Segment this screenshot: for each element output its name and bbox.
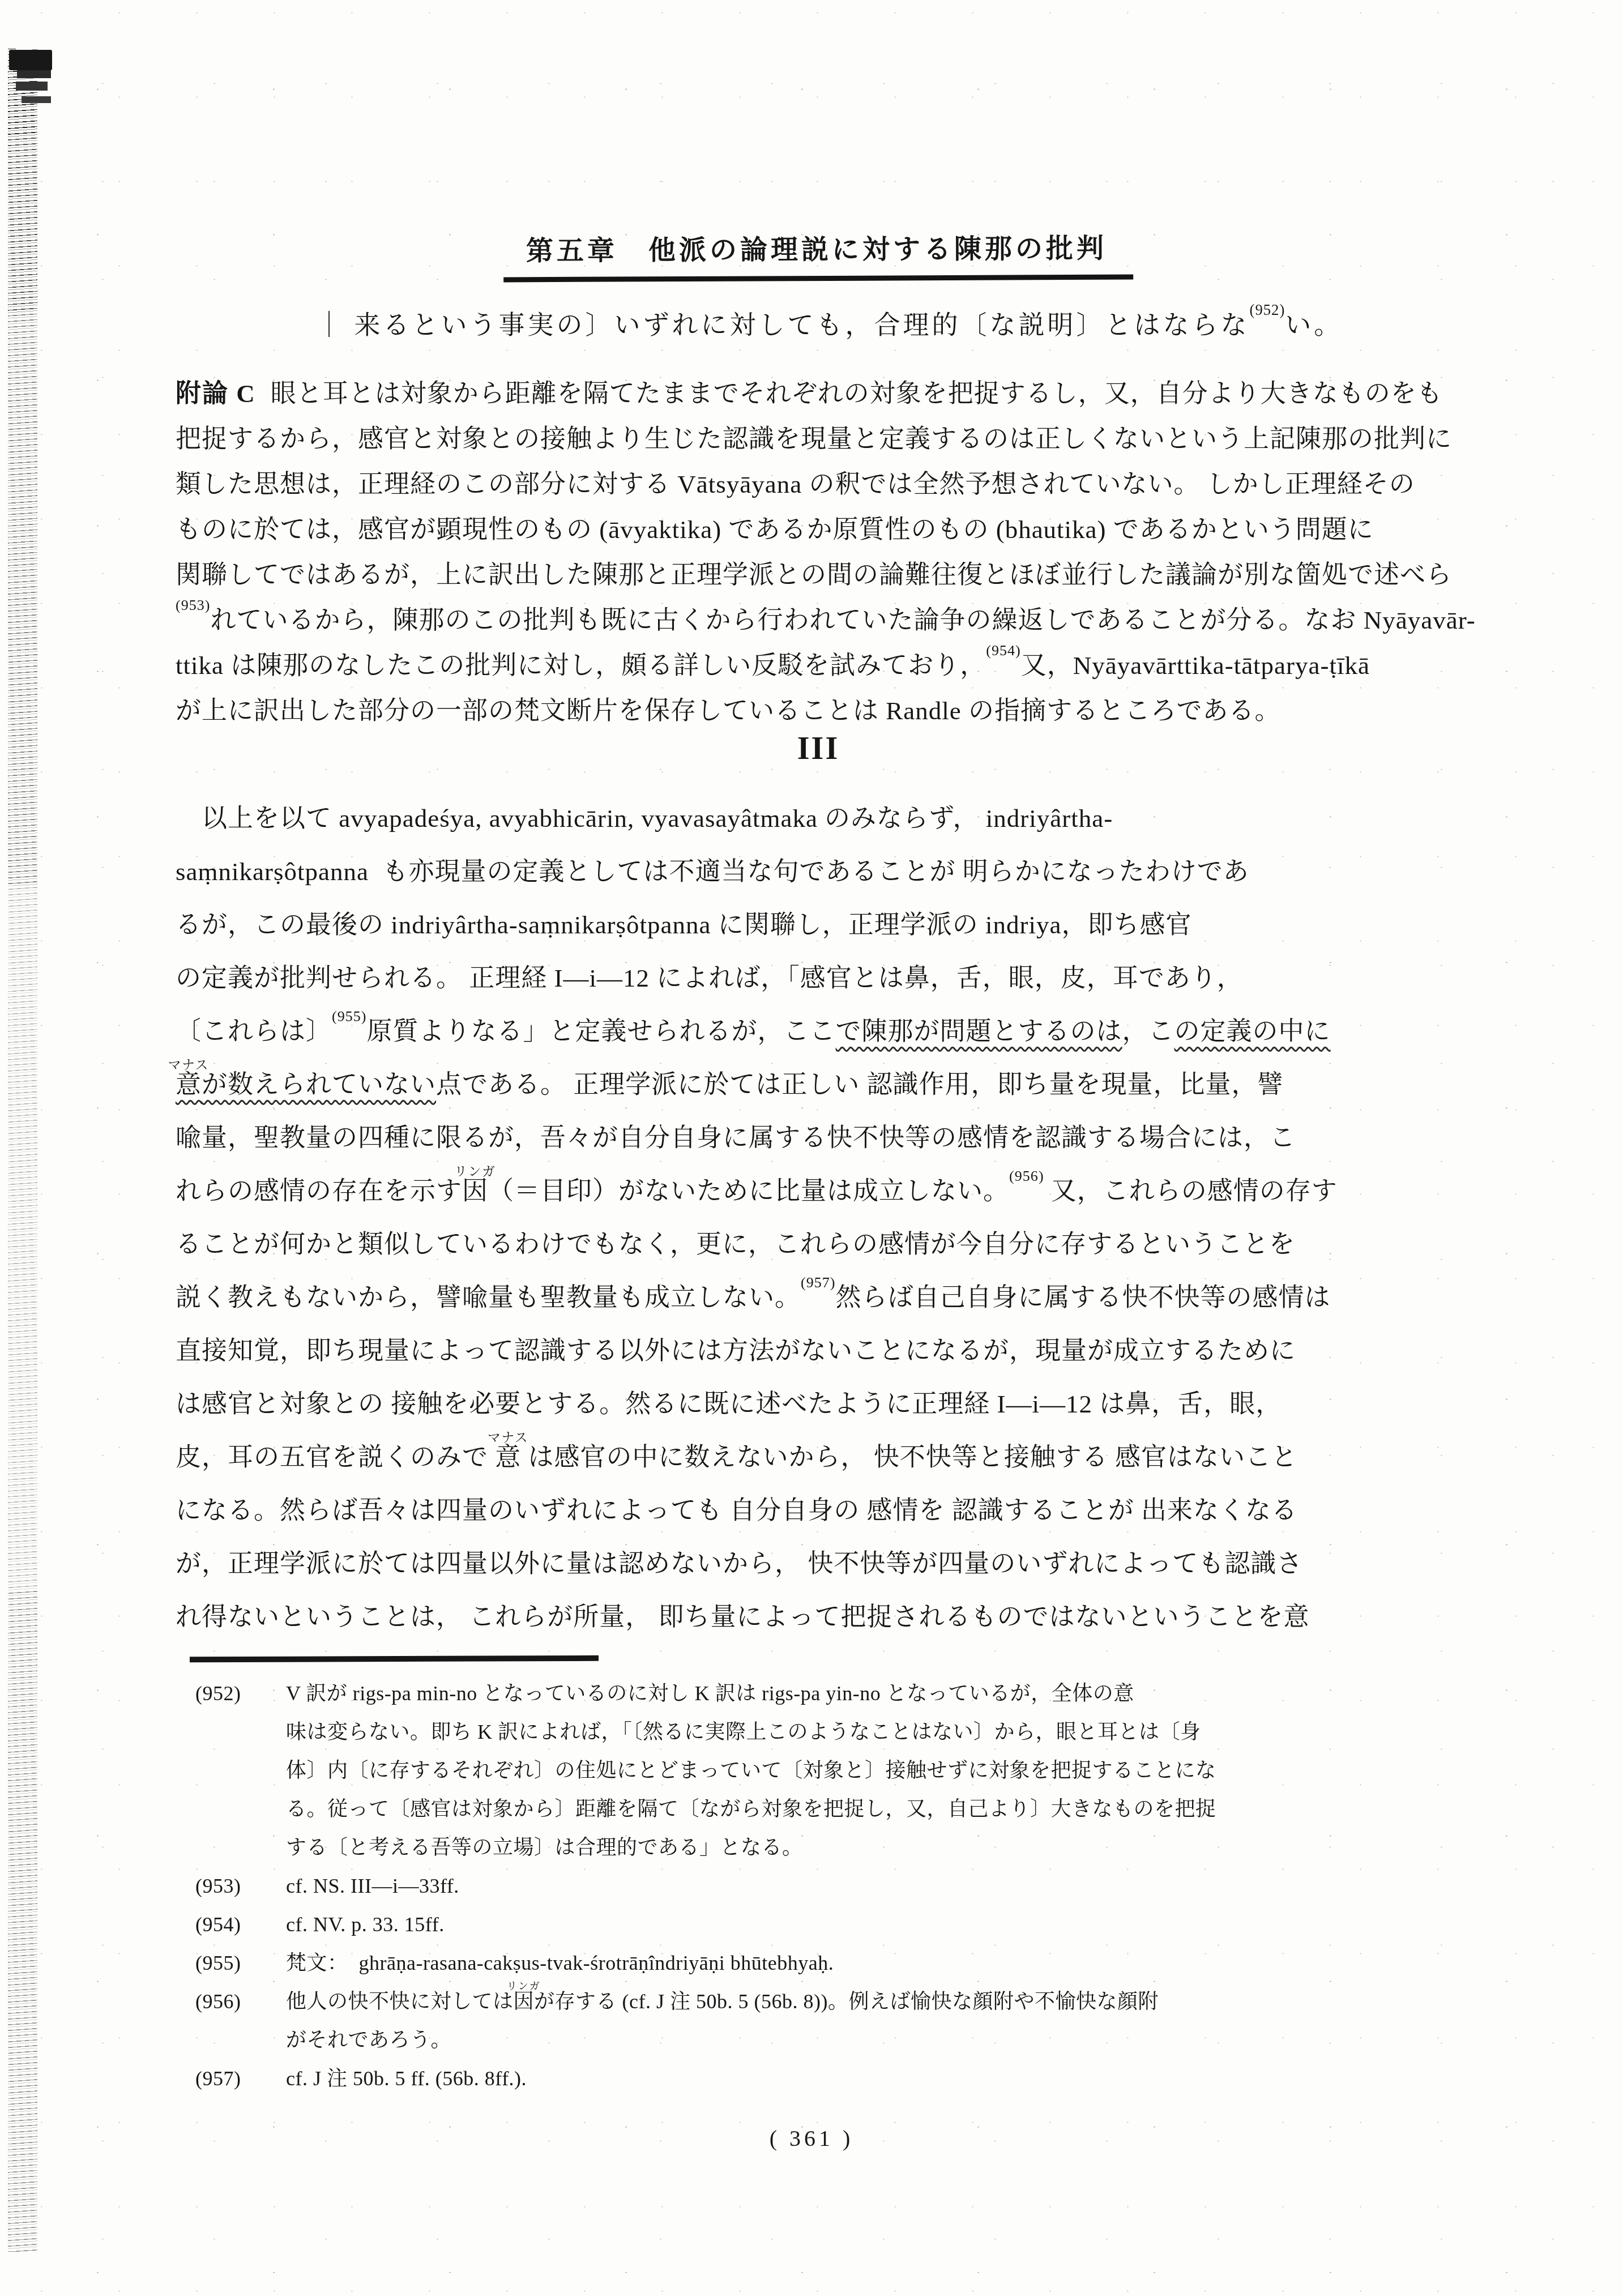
text-line: 附論 C眼と耳とは対象から距離を隔てたままでそれぞれの対象を把捉するし，又，自分…: [176, 371, 1472, 416]
footnote-ref-marker: (955): [332, 1008, 367, 1025]
text-segment: cf. NV. p. 33. 15ff.: [286, 1913, 445, 1936]
text-segment: 点である。 正理学派に於ては正しい 認識作用，即ち量を現量，比量，譬: [436, 1070, 1284, 1099]
chapter-title: 第五章 他派の論理説に対する陳那の批判: [176, 228, 1461, 281]
text-line: は感官と対象との 接触を必要とする。然るに既に述べたように正理経 I—i—12 …: [176, 1377, 1472, 1431]
page-number: ( 361 ): [0, 2125, 1623, 2152]
text-segment: になる。然らば吾々は四量のいずれによっても 自分自身の 感情を 認識することが …: [176, 1496, 1297, 1525]
text-line: (953)れているから，陳那のこの批判も既に古くから行われていた論争の繰返しであ…: [176, 598, 1472, 643]
text-segment: で陳那が問題とするのは: [836, 1017, 1122, 1045]
text-line: 体〕内〔に存するそれぞれ〕の住処にとどまっていて〔対象と〕接触せずに対象を把捉す…: [286, 1751, 1475, 1790]
text-segment: 把捉するから，感官と対象との接触より生じた認識を現量と定義するのは正しくないとい…: [176, 425, 1452, 453]
text-line: 以上を以て avyapadeśya, avyabhicārin, vyavasa…: [176, 792, 1472, 845]
text-line: 直接知覚，即ち現量によって認識する以外には方法がないことになるが，現量が成立する…: [176, 1324, 1472, 1377]
footnote-number: (954): [195, 1905, 286, 1944]
text-segment: ｜ 来るという事実の〕いずれに対しても，合理的〔な説明〕とはならな: [316, 310, 1250, 339]
text-segment: （＝目印）がないために比量は成立しない。: [488, 1177, 1009, 1205]
text-line: 梵文： ghrāṇa-rasana-cakṣus-tvak-śrotrāṇînd…: [286, 1944, 1475, 1982]
ruby-annotated-word: 因リンガ: [514, 1982, 535, 2021]
text-line: れ得ないということは， これらが所量， 即ち量によって把捉されるものではないとい…: [176, 1590, 1472, 1644]
text-segment: 梵文： ghrāṇa-rasana-cakṣus-tvak-śrotrāṇînd…: [286, 1952, 834, 1974]
text-line: が上に訳出した部分の一部の梵文断片を保存していることは Randle の指摘する…: [176, 688, 1472, 733]
text-line: 他人の快不快に対しては因リンガが存する (cf. J 注 50b. 5 (56b…: [286, 1982, 1475, 2021]
text-segment: ，こ: [1122, 1017, 1174, 1045]
footnote-text: V 訳が rigs-pa min-no となっているのに対し K 訳は rigs…: [286, 1674, 1475, 1867]
text-segment: saṃnikarṣôtpanna も亦現量の定義としては不適当な句であることが …: [176, 857, 1249, 886]
footnote-separator-rule: [190, 1655, 599, 1663]
text-line: 把捉するから，感官と対象との接触より生じた認識を現量と定義するのは正しくないとい…: [176, 416, 1472, 462]
text-segment: 皮，耳の五官を説くのみで: [176, 1443, 495, 1471]
text-line: 関聯してではあるが，上に訳出した陳那と正理学派との間の論難往復とほぼ並行した議論…: [176, 552, 1472, 598]
text-line: 意マナスが数えられていない点である。 正理学派に於ては正しい 認識作用，即ち量を…: [176, 1058, 1472, 1111]
text-line: 〔これらは〕(955)原質よりなる」と定義せられるが，ここで陳那が問題とするのは…: [176, 1005, 1472, 1058]
translation-quote-line: ｜ 来るという事実の〕いずれに対しても，合理的〔な説明〕とはならな(952)い。: [316, 302, 1343, 351]
footnote-ref-marker: (953): [176, 597, 211, 613]
footnote-entry: (954)cf. NV. p. 33. 15ff.: [195, 1905, 1475, 1944]
text-segment: は感官の中に数えないから， 快不快等と接触する 感官はないこと: [521, 1443, 1297, 1471]
footnote-text: 他人の快不快に対しては因リンガが存する (cf. J 注 50b. 5 (56b…: [286, 1982, 1475, 2059]
paragraph-label: 附論 C: [176, 379, 256, 408]
text-line: する〔と考える吾等の立場〕は合理的である」となる。: [286, 1828, 1475, 1867]
text-line: ttika は陳那のなしたこの批判に対し，頗る詳しい反駁を試みており，(954)…: [176, 643, 1472, 688]
text-line: がそれであろう。: [286, 2021, 1475, 2059]
footnote-text: cf. NS. III—i—33ff.: [286, 1867, 1475, 1905]
text-segment: 直接知覚，即ち現量によって認識する以外には方法がないことになるが，現量が成立する…: [176, 1337, 1296, 1365]
footnote-number: (956): [195, 1982, 286, 2021]
text-segment: 又，Nyāyavārttika-tātparya-ṭīkā: [1021, 651, 1370, 680]
footnote-entry: (957)cf. J 注 50b. 5 ff. (56b. 8ff.).: [195, 2059, 1475, 2098]
footnote-ref-marker: (957): [801, 1274, 836, 1291]
ruby-annotated-word: 意マナス: [495, 1431, 521, 1484]
footnote-entry: (952)V 訳が rigs-pa min-no となっているのに対し K 訳は…: [195, 1674, 1475, 1867]
chapter-title-text: 第五章 他派の論理説に対する陳那の批判: [503, 227, 1133, 283]
ruby-gloss: リンガ: [454, 1145, 496, 1198]
text-line: saṃnikarṣôtpanna も亦現量の定義としては不適当な句であることが …: [176, 845, 1472, 898]
footnote-ref-marker: (956): [1009, 1168, 1044, 1184]
text-segment: れているから，陳那のこの批判も既に古くから行われていた論争の繰返しであることが分…: [211, 606, 1476, 634]
text-line: ものに於ては，感官が顕現性のもの (āvyaktika) であるか原質性のもの …: [176, 507, 1472, 552]
text-segment: 又，これらの感情の存す: [1044, 1177, 1338, 1205]
text-segment: がそれであろう。: [286, 2029, 451, 2051]
text-segment: が数えられていない: [202, 1070, 436, 1099]
text-segment: 以上を以て avyapadeśya, avyabhicārin, vyavasa…: [202, 804, 1113, 833]
footnote-number: (955): [195, 1944, 286, 1982]
text-segment: が存する (cf. J 注 50b. 5 (56b. 8))。例えば愉快な顔附や…: [534, 1990, 1159, 2013]
text-line: になる。然らば吾々は四量のいずれによっても 自分自身の 感情を 認識することが …: [176, 1484, 1472, 1537]
text-segment: ttika は陳那のなしたこの批判に対し，頗る詳しい反駁を試みており，: [176, 651, 986, 680]
footnote-ref-marker: (952): [1250, 301, 1285, 318]
text-segment: る。従って〔感官は対象から〕距離を隔て〔ながら対象を把捉し，又，自己より〕大きな…: [286, 1798, 1216, 1820]
text-segment: 類した思想は，正理経のこの部分に対する Vātsyāyana の釈では全然予想さ…: [176, 470, 1415, 498]
text-line: cf. J 注 50b. 5 ff. (56b. 8ff.).: [286, 2059, 1475, 2098]
ruby-annotated-word: 因リンガ: [462, 1164, 488, 1218]
footnote-number: (953): [195, 1867, 286, 1905]
text-line: の定義が批判せられる。 正理経 I—i—12 によれば，「感官とは鼻，舌，眼，皮…: [176, 951, 1472, 1005]
footnote-text: cf. NV. p. 33. 15ff.: [286, 1905, 1475, 1944]
ruby-gloss: マナス: [168, 1039, 210, 1092]
scan-gutter-dark-blob: [9, 50, 52, 70]
text-line: るが，この最後の indriyârtha-saṃnikarṣôtpanna に関…: [176, 898, 1472, 951]
text-line: 喩量，聖教量の四種に限るが，吾々が自分自身に属する快不快等の感情を認識する場合に…: [176, 1111, 1472, 1164]
footnote-text: cf. J 注 50b. 5 ff. (56b. 8ff.).: [286, 2059, 1475, 2098]
text-line: 皮，耳の五官を説くのみで 意マナス は感官の中に数えないから， 快不快等と接触す…: [176, 1431, 1472, 1484]
text-segment: の定義が批判せられる。 正理経 I—i—12 によれば，「感官とは鼻，舌，眼，皮…: [176, 964, 1243, 992]
text-segment: るが，この最後の indriyârtha-saṃnikarṣôtpanna に関…: [176, 911, 1192, 939]
text-segment: が，正理学派に於ては四量以外に量は認めないから， 快不快等が四量のいずれによって…: [176, 1550, 1302, 1578]
text-line: れらの感情の存在を示す因リンガ（＝目印）がないために比量は成立しない。(956)…: [176, 1164, 1472, 1218]
text-segment: cf. NS. III—i—33ff.: [286, 1875, 459, 1897]
section-heading: III: [176, 731, 1461, 767]
text-segment: 関聯してではあるが，上に訳出した陳那と正理学派との間の論難往復とほぼ並行した議論…: [176, 561, 1452, 589]
footnote-entry: (953)cf. NS. III—i—33ff.: [195, 1867, 1475, 1905]
text-line: 味は変らない。即ち K 訳によれば，「〔然るに実際上このようなことはない〕から，…: [286, 1713, 1475, 1751]
text-segment: 説く教えもないから，譬喩量も聖教量も成立しない。: [176, 1283, 801, 1312]
text-segment: が上に訳出した部分の一部の梵文断片を保存していることは Randle の指摘する…: [176, 697, 1281, 725]
text-segment: 体〕内〔に存するそれぞれ〕の住処にとどまっていて〔対象と〕接触せずに対象を把捉す…: [286, 1759, 1216, 1782]
text-segment: の定義の中に: [1174, 1017, 1331, 1045]
text-line: cf. NV. p. 33. 15ff.: [286, 1905, 1475, 1944]
text-segment: は感官と対象との 接触を必要とする。然るに既に述べたように正理経 I—i—12 …: [176, 1390, 1282, 1418]
footnote-number: (957): [195, 2059, 286, 2098]
text-segment: ることが何かと類似しているわけでもなく，更に，これらの感情が今自分に存するという…: [176, 1230, 1295, 1258]
appendix-c-paragraph: 附論 C眼と耳とは対象から距離を隔てたままでそれぞれの対象を把捉するし，又，自分…: [176, 371, 1472, 733]
ruby-gloss: リンガ: [507, 1967, 541, 2005]
text-line: V 訳が rigs-pa min-no となっているのに対し K 訳は rigs…: [286, 1674, 1475, 1713]
ruby-gloss: マナス: [488, 1411, 529, 1465]
text-segment: 喩量，聖教量の四種に限るが，吾々が自分自身に属する快不快等の感情を認識する場合に…: [176, 1124, 1296, 1152]
text-segment: れ得ないということは， これらが所量， 即ち量によって把捉されるものではないとい…: [176, 1603, 1310, 1631]
text-line: ることが何かと類似しているわけでもなく，更に，これらの感情が今自分に存するという…: [176, 1218, 1472, 1271]
text-segment: ものに於ては，感官が顕現性のもの (āvyaktika) であるか原質性のもの …: [176, 515, 1374, 544]
text-segment: れらの感情の存在を示す: [176, 1177, 462, 1205]
text-segment: 他人の快不快に対しては: [286, 1990, 514, 2013]
footnote-entry: (955)梵文： ghrāṇa-rasana-cakṣus-tvak-śrotr…: [195, 1944, 1475, 1982]
text-line: cf. NS. III—i—33ff.: [286, 1867, 1475, 1905]
footnotes-section: (952)V 訳が rigs-pa min-no となっているのに対し K 訳は…: [195, 1674, 1475, 2098]
ruby-annotated-word: 意マナス: [176, 1058, 202, 1111]
text-segment: い。: [1285, 310, 1343, 339]
scan-gutter-artifact: [8, 49, 37, 2252]
scanned-page: 第五章 他派の論理説に対する陳那の批判 ｜ 来るという事実の〕いずれに対しても，…: [0, 0, 1623, 2296]
footnote-number: (952): [195, 1674, 286, 1713]
footnote-entry: (956)他人の快不快に対しては因リンガが存する (cf. J 注 50b. 5…: [195, 1982, 1475, 2059]
text-segment: cf. J 注 50b. 5 ff. (56b. 8ff.).: [286, 2067, 527, 2090]
footnote-text: 梵文： ghrāṇa-rasana-cakṣus-tvak-śrotrāṇînd…: [286, 1944, 1475, 1982]
text-segment: 然らば自己自身に属する快不快等の感情は: [836, 1283, 1331, 1312]
text-segment: 原質よりなる」と定義せられるが，ここ: [367, 1017, 836, 1045]
text-segment: 眼と耳とは対象から距離を隔てたままでそれぞれの対象を把捉するし，又，自分より大き…: [271, 379, 1443, 408]
text-line: が，正理学派に於ては四量以外に量は認めないから， 快不快等が四量のいずれによって…: [176, 1537, 1472, 1590]
main-body-paragraph: 以上を以て avyapadeśya, avyabhicārin, vyavasa…: [176, 792, 1472, 1644]
text-segment: 味は変らない。即ち K 訳によれば，「〔然るに実際上このようなことはない〕から，…: [286, 1721, 1201, 1743]
text-line: る。従って〔感官は対象から〕距離を隔て〔ながら対象を把捉し，又，自己より〕大きな…: [286, 1790, 1475, 1828]
text-segment: V 訳が rigs-pa min-no となっているのに対し K 訳は rigs…: [286, 1682, 1134, 1705]
footnote-ref-marker: (954): [986, 642, 1021, 659]
text-line: 説く教えもないから，譬喩量も聖教量も成立しない。(957)然らば自己自身に属する…: [176, 1271, 1472, 1324]
text-segment: する〔と考える吾等の立場〕は合理的である」となる。: [286, 1836, 803, 1859]
text-line: 類した思想は，正理経のこの部分に対する Vātsyāyana の釈では全然予想さ…: [176, 462, 1472, 507]
